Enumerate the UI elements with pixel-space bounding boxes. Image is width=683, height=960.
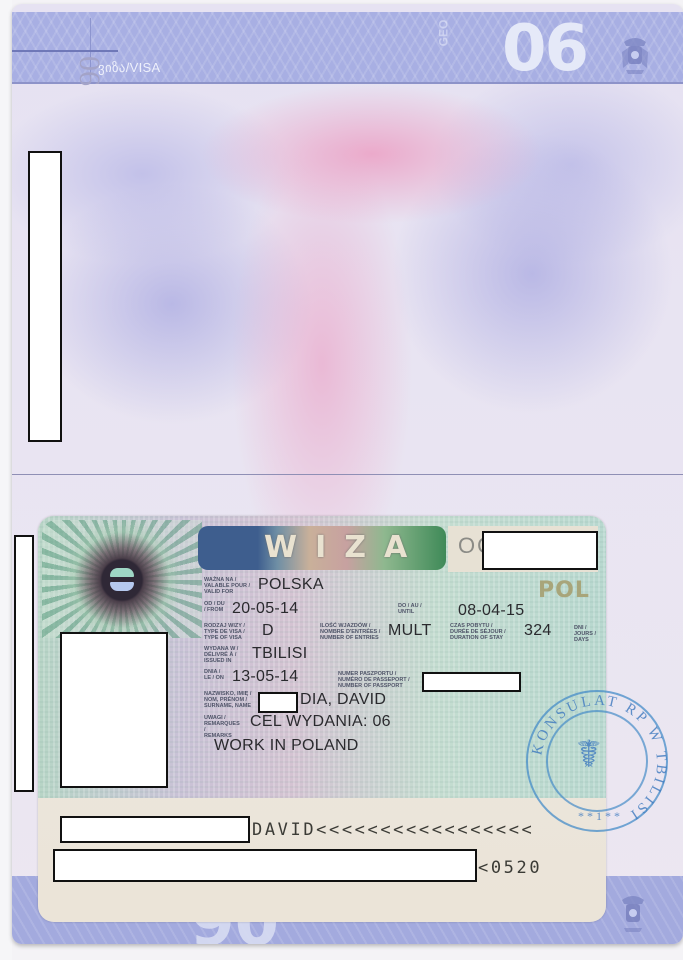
- scan-margin: [0, 0, 12, 960]
- label-name: NAZWISKO, IMIĘ / NOM, PRÉNOM / SURNAME, …: [204, 691, 260, 709]
- redaction-box: [28, 151, 62, 442]
- rosette-top-segment: [110, 568, 134, 577]
- value-remarks: CEL WYDANIA: 06: [250, 713, 391, 731]
- value-issued-in: TBILISI: [252, 645, 307, 663]
- label-days: DNI / JOURS / DAYS: [574, 625, 598, 643]
- value-type-of-visa: D: [262, 622, 274, 640]
- label-issued-on: DNIA / LE / ON: [204, 669, 224, 681]
- coat-of-arms-icon: [618, 892, 648, 932]
- label-until: DO / AU / UNTIL: [398, 603, 422, 615]
- label-from: OD / DU / FROM: [204, 601, 226, 613]
- mrz-line-2: <0520: [478, 858, 542, 878]
- value-remarks-line2: WORK IN POLAND: [214, 737, 359, 755]
- mrz-line-1: DAVID<<<<<<<<<<<<<<<<<: [252, 820, 534, 840]
- svg-text:* * 1 * *: * * 1 * *: [578, 809, 620, 823]
- value-duration-of-stay: 324: [524, 622, 552, 640]
- country-code-faint: GEO: [436, 20, 450, 47]
- country-code: POL: [538, 578, 590, 603]
- redaction-photo: [60, 632, 168, 788]
- label-remarks: UWAGI / REMARQUES / REMARKS: [204, 715, 234, 739]
- label-issued-in: WYDANA W / DÉLIVRÉ À / ISSUED IN: [204, 646, 244, 664]
- label-type-of-visa: RODZAJ WIZY / TYPE DE VISA / TYPE OF VIS…: [204, 623, 254, 641]
- page-header-band: ვიზა/VISA GEO 06: [12, 12, 683, 84]
- redaction-box: [14, 535, 34, 792]
- label-valid-for: WAŻNA NA / VALABLE POUR / VALID FOR: [204, 577, 254, 595]
- coat-of-arms-icon: [620, 34, 650, 74]
- value-valid-for: POLSKA: [258, 576, 324, 594]
- page-fold-line: [12, 474, 683, 475]
- value-issued-on: 13-05-14: [232, 668, 298, 686]
- value-from: 20-05-14: [232, 600, 298, 618]
- rosette-bottom-segment: [110, 582, 134, 591]
- eagle-emblem-icon: ☤: [576, 732, 601, 777]
- label-passport-number: NUMER PASZPORTU / NUMÉRO DE PASSEPORT / …: [338, 671, 410, 689]
- redaction-mrz-1: [60, 816, 250, 843]
- redaction-surname: [258, 692, 298, 713]
- visa-title: WIZA: [264, 530, 425, 565]
- value-name: DIA, DAVID: [300, 691, 386, 709]
- header-rule: [12, 50, 118, 52]
- redaction-passport-number: [422, 672, 521, 692]
- value-until: 08-04-15: [458, 602, 524, 620]
- security-rosette-icon: [42, 520, 202, 638]
- consulate-stamp: KONSULAT RP W TBILISI * * 1 * * ☤: [526, 690, 668, 832]
- page-number-rotated: 06: [72, 56, 106, 86]
- redaction-mrz-2: [53, 849, 477, 882]
- value-number-of-entries: MULT: [388, 622, 432, 640]
- redaction-serial: [482, 531, 598, 570]
- label-number-of-entries: ILOŚĆ WJAZDÓW / NOMBRE D'ENTRÉES / NUMBE…: [320, 623, 384, 641]
- label-duration-of-stay: CZAS POBYTU / DURÉE DE SÉJOUR / DURATION…: [450, 623, 508, 641]
- page-number: 06: [502, 14, 587, 84]
- visa-header-label: ვიზა/VISA: [98, 60, 160, 76]
